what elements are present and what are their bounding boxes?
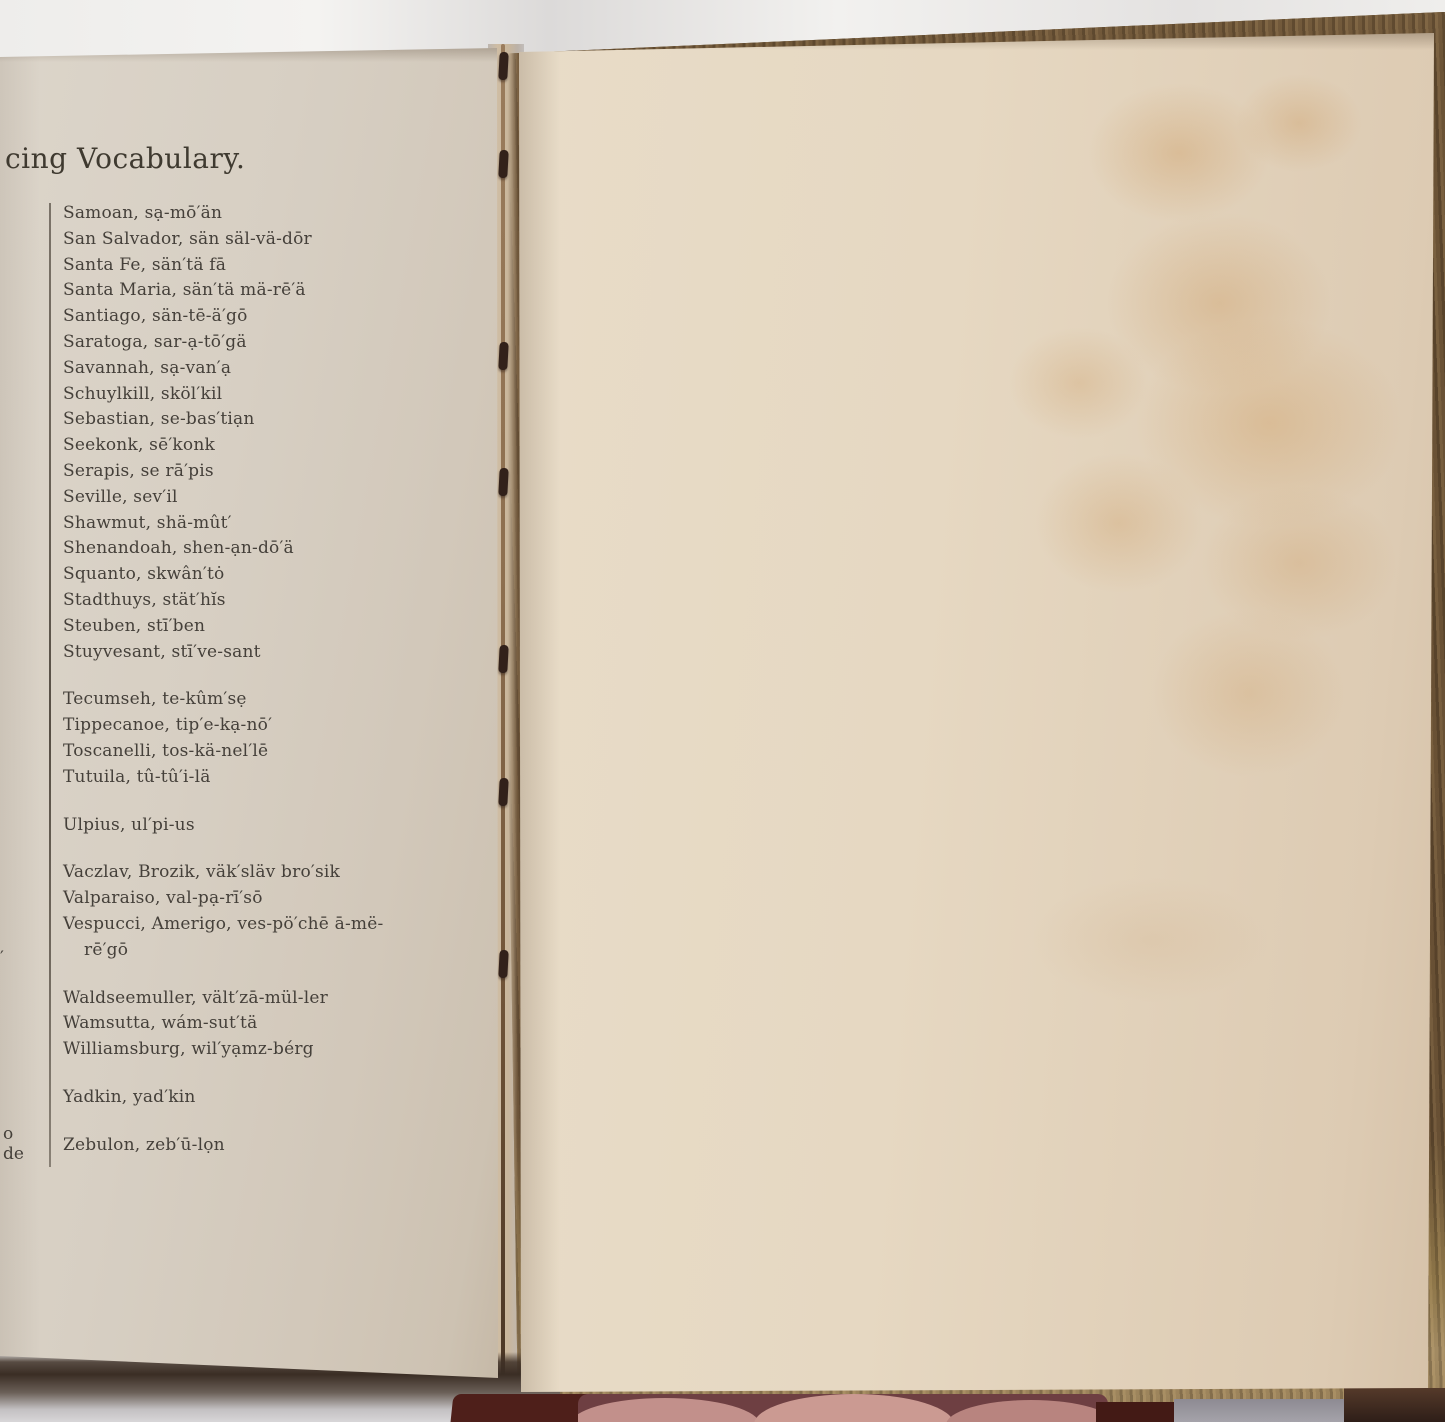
vocab-line: Toscanelli, tos-kä-nel′lē <box>63 739 483 765</box>
vocab-line: Squanto, skwân′tȯ <box>63 562 483 588</box>
vocab-line: Zebulon, zeb′ū-lọn <box>63 1133 483 1159</box>
vocab-line: Shawmut, shä-mût′ <box>63 511 483 537</box>
vocab-line: Shenandoah, shen-ạn-dō′ä <box>63 536 483 562</box>
vocab-line: Stadthuys, stät′hĭs <box>63 588 483 614</box>
vocab-line: Santa Maria, sän′tä mä-rē′ä <box>63 278 483 304</box>
vocab-line: Yadkin, yad′kin <box>63 1085 483 1111</box>
vocab-line: Williamsburg, wil′yạmz-bérg <box>63 1037 483 1063</box>
vocab-line: Wamsutta, wám-sut′tä <box>63 1011 483 1037</box>
left-page-text-layer: cing Vocabulary. Samoan, sạ-mō′änSan Sal… <box>0 0 1445 1422</box>
vocab-line: Tecumseh, te-kûm′sẹ <box>63 687 483 713</box>
vocab-line: Schuylkill, sköl′kil <box>63 382 483 408</box>
vocab-line: Savannah, sạ-van′ạ <box>63 356 483 382</box>
vocab-line: Samoan, sạ-mō′än <box>63 201 483 227</box>
vocab-line: Sebastian, se-bas′tiạn <box>63 407 483 433</box>
vocab-line: San Salvador, sän säl-vä-dōr <box>63 227 483 253</box>
vocab-line: Santa Fe, sän′tä fā <box>63 253 483 279</box>
page-header: cing Vocabulary. <box>5 142 245 175</box>
vocab-line: Tutuila, tû-tû′i-lä <box>63 765 483 791</box>
column-divider-rule <box>49 203 51 1167</box>
vocab-line: Valparaiso, val-pạ-rī′sō <box>63 886 483 912</box>
vocab-line: Saratoga, sar-ạ-tō′gä <box>63 330 483 356</box>
vocab-line: rē′gō <box>63 938 483 964</box>
vocab-list: Samoan, sạ-mō′änSan Salvador, sän säl-vä… <box>63 201 483 1159</box>
vocab-line: Tippecanoe, tip′e-kạ-nō′ <box>63 713 483 739</box>
vocab-line: Santiago, sän-tē-ä′gō <box>63 304 483 330</box>
vocab-line: Ulpius, ul′pi-us <box>63 813 483 839</box>
vocab-line: Vaczlav, Brozik, väk′släv bro′sik <box>63 860 483 886</box>
book-photo: cing Vocabulary. Samoan, sạ-mō′änSan Sal… <box>0 0 1445 1422</box>
vocab-line: Serapis, se rā′pis <box>63 459 483 485</box>
vocab-line: Vespucci, Amerigo, ves-pö′chē ā-më- <box>63 912 483 938</box>
vocab-line: Stuyvesant, stī′ve-sant <box>63 640 483 666</box>
vocab-line: Seekonk, sē′konk <box>63 433 483 459</box>
vocab-line: Steuben, stī′ben <box>63 614 483 640</box>
vocab-line: Waldseemuller, vält′zā-mül-ler <box>63 986 483 1012</box>
edge-fragment-mid: ′ <box>0 948 4 968</box>
edge-fragment-bottom: o de <box>3 1124 47 1164</box>
vocab-line: Seville, sev′il <box>63 485 483 511</box>
